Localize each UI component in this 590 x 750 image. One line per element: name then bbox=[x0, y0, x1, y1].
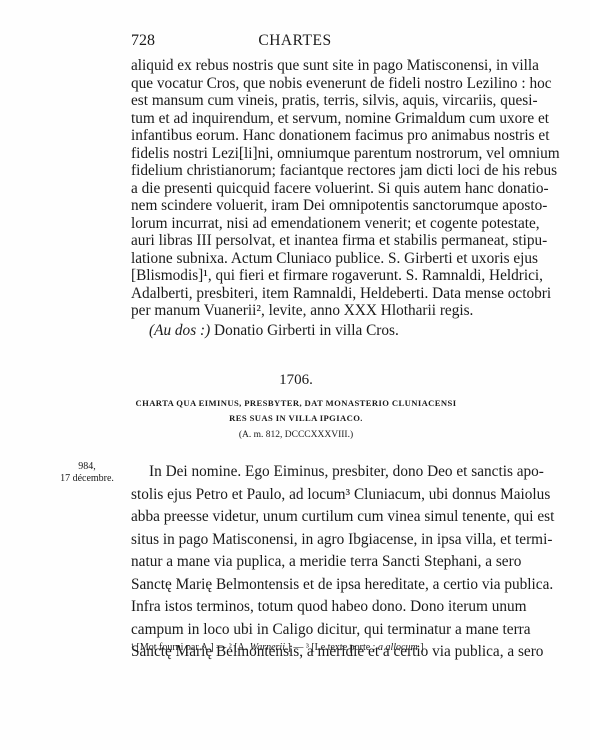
footnote-2-prefix: ² [A. bbox=[229, 642, 248, 653]
footnote-2-suffix: ] — bbox=[287, 642, 303, 653]
footnote-3-prefix: ³ [Le texte porte : bbox=[306, 642, 376, 653]
margin-date: 17 décembre. bbox=[52, 473, 122, 484]
charter-text-line: situs in pago Matisconensi, in agro Ibgi… bbox=[131, 529, 461, 551]
footnote-2-italic: Warnerii. bbox=[250, 642, 288, 653]
document-page: 728 CHARTES aliquid ex rebus nostris que… bbox=[0, 0, 590, 750]
running-title: CHARTES bbox=[131, 32, 459, 50]
charter-title-line: CHARTA QUA EIMINUS, PRESBYTER, DAT MONAS… bbox=[131, 398, 461, 408]
dorse-text: Donatio Girberti in villa Cros. bbox=[214, 322, 399, 339]
footnote-3-italic: a allocum. bbox=[378, 642, 420, 653]
charter-text-line: Infra istos terminos, totum quod habeo d… bbox=[131, 596, 461, 618]
charter-text-line: stolis ejus Petro et Paulo, ad locum³ Cl… bbox=[131, 484, 461, 506]
footnote-1: ¹ [Mot fourni par A.] — bbox=[131, 642, 226, 653]
charter-date-reference: (A. m. 812, DCCCXXXVIII.) bbox=[131, 430, 461, 440]
dorse-note: (Au dos :) Donatio Girberti in villa Cro… bbox=[149, 320, 399, 342]
margin-year: 984, bbox=[52, 461, 122, 472]
footnote-3-suffix: ] bbox=[420, 642, 423, 653]
charter-text-line: campum in loco ubi in Caligo dicitur, qu… bbox=[131, 619, 461, 641]
charter-text-line: Sanctę Marię Belmontensis et de ipsa her… bbox=[131, 574, 461, 596]
charter-text-line: natur a mane via puplica, a meridie terr… bbox=[131, 551, 461, 573]
charter-text-line: abba preesse videtur, unum curtilum cum … bbox=[131, 506, 461, 528]
charter-text-line: In Dei nomine. Ego Eiminus, presbiter, d… bbox=[149, 461, 461, 483]
charter-title-line: RES SUAS IN VILLA IPGIACO. bbox=[131, 413, 461, 423]
dorse-label: (Au dos :) bbox=[149, 322, 210, 339]
running-head: 728 CHARTES bbox=[131, 32, 459, 52]
charter-number: 1706. bbox=[131, 372, 461, 389]
footnotes: ¹ [Mot fourni par A.] — ² [A. Warnerii.]… bbox=[131, 642, 471, 653]
